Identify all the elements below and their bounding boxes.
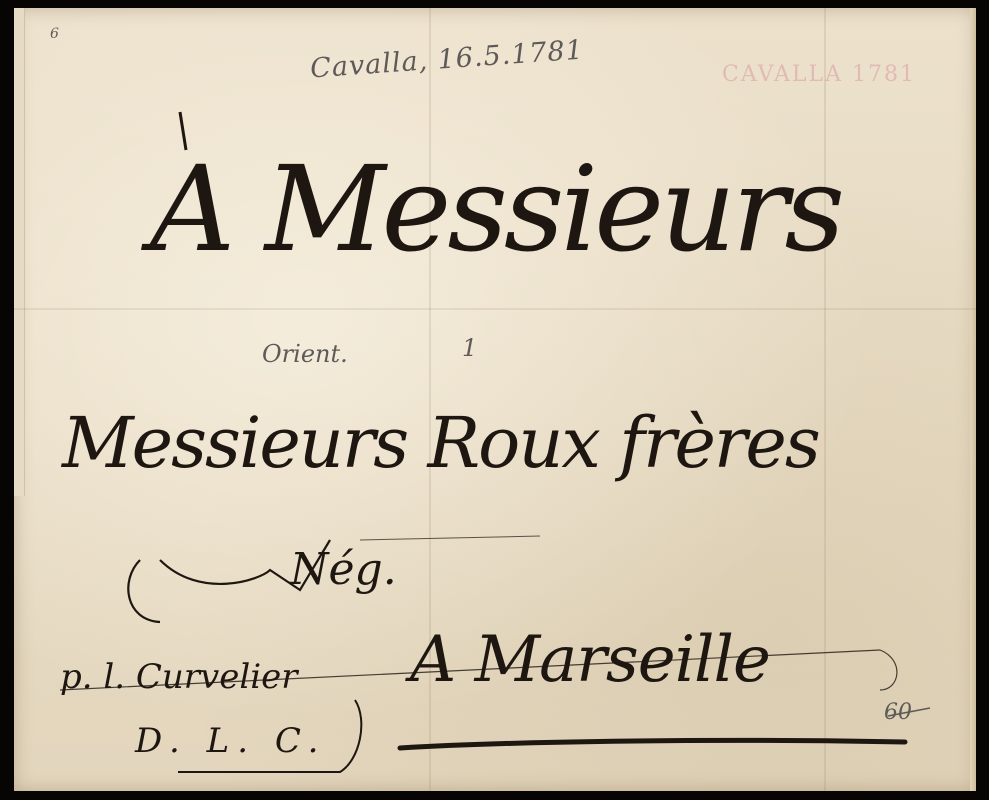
marseille-swash — [60, 650, 897, 690]
thin-ruled-stroke — [360, 536, 540, 540]
endorsement-bracket — [178, 700, 361, 772]
ink-flourishes — [0, 0, 989, 800]
accent-stroke — [180, 112, 186, 150]
underline-stroke — [400, 740, 905, 748]
pencil-dash — [888, 708, 930, 716]
neg-flourish — [128, 540, 330, 622]
